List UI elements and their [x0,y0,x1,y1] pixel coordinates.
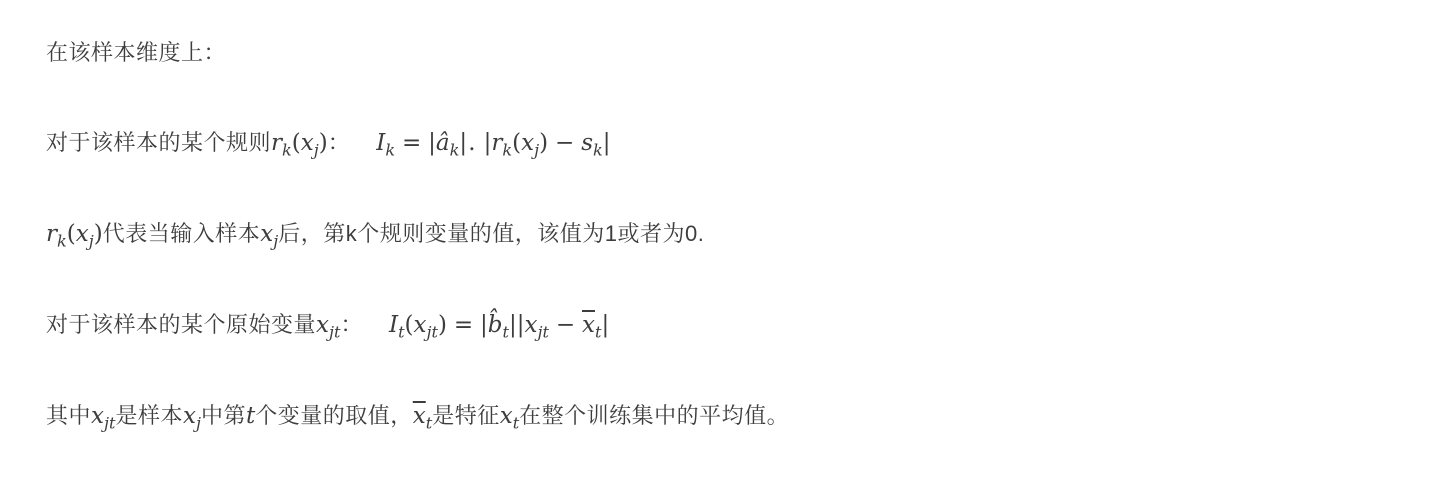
math-token: x [582,312,595,338]
math-token: k [282,141,292,160]
math-token: | [428,130,436,156]
math-expression: xjt [91,403,115,429]
math-token: | [601,312,609,338]
text-run: 后，第k个规则变量的值，该值为1或者为0. [278,221,704,246]
math-expression: xt [500,403,519,429]
math-token: | [509,312,517,338]
math-token: k [593,141,603,160]
math-token: ( [292,130,301,156]
math-token: s [581,130,593,156]
text-run: 其中 [46,403,91,428]
math-expression: rk(xj) [46,221,103,247]
math-token: r [46,221,57,247]
math-token: jt [104,414,115,433]
document-body: 在该样本维度上： 对于该样本的某个规则rk(xj)：Ik=|âk|.|rk(xj… [46,36,1418,433]
paragraph-rule-importance-formula: 对于该样本的某个规则rk(xj)：Ik=|âk|.|rk(xj)−sk| [46,126,1418,160]
math-token: I [389,312,398,338]
math-token: â [436,130,450,156]
text-run: 对于该样本的某个规则 [46,130,271,155]
math-token: r [491,130,502,156]
math-expression: rk(xj) [271,130,328,156]
math-token: b̂ [488,312,503,338]
text-run: 是特征 [432,403,500,428]
text-run: 中第 [201,403,246,428]
text-run: ： [328,130,351,155]
math-token: jt [427,323,438,342]
math-token: x [316,312,329,338]
math-token: x [301,130,314,156]
math-token: x [500,403,513,429]
math-token: k [385,141,395,160]
text-run: 对于该样本的某个原始变量 [46,312,316,337]
math-token: = [402,130,421,156]
math-token: ( [405,312,414,338]
math-token: . [468,130,475,156]
math-token: x [414,312,427,338]
text-run: 在整个训练集中的平均值。 [519,403,789,428]
math-token: ( [512,130,521,156]
math-expression: t [246,403,255,429]
text-run: ： [340,312,363,337]
math-token: x [183,403,196,429]
math-token: ) [319,130,328,156]
text-run: 是样本 [115,403,183,428]
math-token: ) [438,312,447,338]
text-run: 个变量的取值， [255,403,413,428]
math-token: I [376,130,385,156]
math-token: r [271,130,282,156]
math-token: jt [537,323,548,342]
paragraph-rule-explanation: rk(xj)代表当输入样本xj后，第k个规则变量的值，该值为1或者为0. [46,217,1418,251]
math-token: t [246,403,255,429]
math-expression: xj [183,403,201,429]
math-token: x [91,403,104,429]
math-expression: It(xjt)=|b̂t||xjt−xt| [389,312,609,338]
math-token: | [480,312,488,338]
math-expression: xj [260,221,278,247]
math-token: − [555,130,574,156]
math-token: x [521,130,534,156]
math-expression: Ik=|âk|.|rk(xj)−sk| [376,130,610,156]
math-token: | [603,130,611,156]
text-run: 在该样本维度上： [46,40,226,65]
math-expression: xjt [316,312,340,338]
math-token: jt [329,323,340,342]
math-token: k [57,232,67,251]
math-token: − [556,312,575,338]
math-expression: xt [413,403,432,429]
math-token: x [76,221,89,247]
math-token: k [502,141,512,160]
text-run: 代表当输入样本 [103,221,261,246]
math-token: | [459,130,467,156]
math-token: ) [94,221,103,247]
math-token: k [450,141,460,160]
paragraph-feature-explanation: 其中xjt是样本xj中第t个变量的取值，xt是特征xt在整个训练集中的平均值。 [46,399,1418,433]
math-token: ( [67,221,76,247]
math-token: x [524,312,537,338]
paragraph-feature-importance-formula: 对于该样本的某个原始变量xjt：It(xjt)=|b̂t||xjt−xt| [46,308,1418,342]
paragraph-intro: 在该样本维度上： [46,36,1418,69]
math-token: x [413,403,426,429]
math-token: x [260,221,273,247]
math-token: = [454,312,473,338]
math-token: ) [539,130,548,156]
